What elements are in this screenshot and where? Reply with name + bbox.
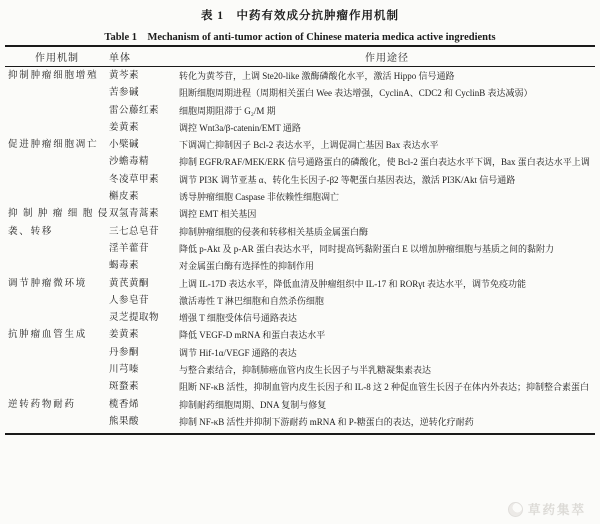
group-rows: 黄芩素转化为黄芩苷，上调 Ste20-like 激酶磷酸化水平，激活 Hippo… [109, 68, 595, 137]
mechanism-label: 调节肿瘤微环境 [5, 276, 109, 293]
monomer-cell: 黄芪黄酮 [109, 276, 179, 293]
data-table: 作用机制 单体 作用途径 抑制肿瘤细胞增殖黄芩素转化为黄芩苷，上调 Ste20-… [5, 45, 595, 435]
pathway-cell: 阻断 NF-κB 活性，抑制血管内皮生长因子和 IL-8 这 2 种促血管生长因… [179, 379, 595, 396]
monomer-cell: 丹参酮 [109, 345, 179, 362]
table-row: 黄芩素转化为黄芩苷，上调 Ste20-like 激酶磷酸化水平，激活 Hippo… [109, 68, 595, 85]
monomer-cell: 斑蝥素 [109, 379, 179, 396]
table-group: 促进肿瘤细胞凋亡小檗碱下调凋亡抑制因子 Bcl-2 表达水平，上调促凋亡基因 B… [5, 137, 595, 206]
monomer-cell: 沙蟾毒精 [109, 154, 179, 171]
pathway-cell: 调节 PI3K 调节亚基 α、转化生长因子-β2 等靶蛋白基因表达，激活 PI3… [179, 172, 595, 189]
pathway-cell: 转化为黄芩苷，上调 Ste20-like 激酶磷酸化水平，激活 Hippo 信号… [179, 68, 595, 85]
pathway-cell: 细胞周期阻滞于 G₂/M 期 [179, 103, 595, 120]
pathway-cell: 降低 VEGF-D mRNA 和蛋白表达水平 [179, 327, 595, 344]
pathway-cell: 上调 IL-17D 表达水平，降低血清及肿瘤组织中 IL-17 和 RORγt … [179, 276, 595, 293]
monomer-cell: 黄芩素 [109, 68, 179, 85]
pathway-cell: 抑制耐药细胞周期、DNA 复制与修复 [179, 397, 595, 414]
monomer-cell: 灵芝提取物 [109, 310, 179, 327]
table-row: 雷公藤红素细胞周期阻滞于 G₂/M 期 [109, 103, 595, 120]
monomer-cell: 淫羊藿苷 [109, 241, 179, 258]
pathway-cell: 增强 T 细胞受体信号通路表达 [179, 310, 595, 327]
table-row: 姜黄素调控 Wnt3a/β-catenin/EMT 通路 [109, 120, 595, 137]
table-row: 淫羊藿苷降低 p-Akt 及 p-AR 蛋白表达水平，同时提高钙黏附蛋白 E 以… [109, 241, 595, 258]
pathway-cell: 调控 Wnt3a/β-catenin/EMT 通路 [179, 120, 595, 137]
pathway-cell: 抑制肿瘤细胞的侵袭和转移相关基质金属蛋白酶 [179, 224, 595, 241]
pathway-cell: 激活毒性 T 淋巴细胞和自然杀伤细胞 [179, 293, 595, 310]
mechanism-label: 逆转药物耐药 [5, 397, 109, 414]
table-row: 蝎毒素对金属蛋白酶有选择性的抑制作用 [109, 258, 595, 275]
monomer-cell: 姜黄素 [109, 327, 179, 344]
mechanism-label: 抑制肿瘤细胞增殖 [5, 68, 109, 85]
monomer-cell: 川芎嗪 [109, 362, 179, 379]
watermark-logo-icon [508, 502, 523, 517]
header-pathway: 作用途径 [179, 49, 595, 64]
monomer-cell: 榄香烯 [109, 397, 179, 414]
table-title-zh: 表 1 中药有效成分抗肿瘤作用机制 [0, 0, 600, 23]
mechanism-label: 抑制肿瘤细胞侵袭、转移 [5, 206, 109, 241]
monomer-cell: 冬凌草甲素 [109, 172, 179, 189]
table-row: 榄香烯抑制耐药细胞周期、DNA 复制与修复 [109, 397, 595, 414]
header-monomer: 单体 [109, 49, 179, 64]
pathway-cell: 调节 Hif-1α/VEGF 通路的表达 [179, 345, 595, 362]
table-header-row: 作用机制 单体 作用途径 [5, 47, 595, 67]
table-row: 双氢青蒿素调控 EMT 相关基因 [109, 206, 595, 223]
table-body: 抑制肿瘤细胞增殖黄芩素转化为黄芩苷，上调 Ste20-like 激酶磷酸化水平，… [5, 67, 595, 433]
pathway-cell: 调控 EMT 相关基因 [179, 206, 595, 223]
monomer-cell: 雷公藤红素 [109, 103, 179, 120]
table-row: 丹参酮调节 Hif-1α/VEGF 通路的表达 [109, 345, 595, 362]
table-row: 人参皂苷激活毒性 T 淋巴细胞和自然杀伤细胞 [109, 293, 595, 310]
pathway-cell: 诱导肿瘤细胞 Caspase 非依赖性细胞凋亡 [179, 189, 595, 206]
group-rows: 榄香烯抑制耐药细胞周期、DNA 复制与修复熊果酸抑制 NF-κB 活性并抑制下游… [109, 397, 595, 432]
table-group: 抗肿瘤血管生成姜黄素降低 VEGF-D mRNA 和蛋白表达水平丹参酮调节 Hi… [5, 327, 595, 396]
group-rows: 小檗碱下调凋亡抑制因子 Bcl-2 表达水平，上调促凋亡基因 Bax 表达水平沙… [109, 137, 595, 206]
pathway-cell: 下调凋亡抑制因子 Bcl-2 表达水平，上调促凋亡基因 Bax 表达水平 [179, 137, 595, 154]
table-row: 小檗碱下调凋亡抑制因子 Bcl-2 表达水平，上调促凋亡基因 Bax 表达水平 [109, 137, 595, 154]
monomer-cell: 苦参碱 [109, 85, 179, 102]
watermark-label: 草药集萃 [528, 500, 586, 518]
monomer-cell: 人参皂苷 [109, 293, 179, 310]
monomer-cell: 三七总皂苷 [109, 224, 179, 241]
table-row: 黄芪黄酮上调 IL-17D 表达水平，降低血清及肿瘤组织中 IL-17 和 RO… [109, 276, 595, 293]
table-row: 斑蝥素阻断 NF-κB 活性，抑制血管内皮生长因子和 IL-8 这 2 种促血管… [109, 379, 595, 396]
table-group: 抑制肿瘤细胞增殖黄芩素转化为黄芩苷，上调 Ste20-like 激酶磷酸化水平，… [5, 68, 595, 137]
table-row: 苦参碱阻断细胞周期进程（周期相关蛋白 Wee 表达增强，CyclinA、CDC2… [109, 85, 595, 102]
table-row: 沙蟾毒精抑制 EGFR/RAF/MEK/ERK 信号通路蛋白的磷酸化，使 Bcl… [109, 154, 595, 171]
table-row: 冬凌草甲素调节 PI3K 调节亚基 α、转化生长因子-β2 等靶蛋白基因表达，激… [109, 172, 595, 189]
monomer-cell: 蝎毒素 [109, 258, 179, 275]
pathway-cell: 降低 p-Akt 及 p-AR 蛋白表达水平，同时提高钙黏附蛋白 E 以增加肿瘤… [179, 241, 595, 258]
monomer-cell: 双氢青蒿素 [109, 206, 179, 223]
monomer-cell: 小檗碱 [109, 137, 179, 154]
table-row: 熊果酸抑制 NF-κB 活性并抑制下游耐药 mRNA 和 P-糖蛋白的表达，逆转… [109, 414, 595, 431]
table-title-en: Table 1 Mechanism of anti-tumor action o… [0, 29, 600, 44]
table-row: 槲皮素诱导肿瘤细胞 Caspase 非依赖性细胞凋亡 [109, 189, 595, 206]
monomer-cell: 槲皮素 [109, 189, 179, 206]
table-group: 调节肿瘤微环境黄芪黄酮上调 IL-17D 表达水平，降低血清及肿瘤组织中 IL-… [5, 276, 595, 328]
watermark: 草药集萃 [508, 500, 586, 518]
table-row: 姜黄素降低 VEGF-D mRNA 和蛋白表达水平 [109, 327, 595, 344]
header-mechanism: 作用机制 [5, 49, 109, 64]
pathway-cell: 抑制 NF-κB 活性并抑制下游耐药 mRNA 和 P-糖蛋白的表达，逆转化疗耐… [179, 414, 595, 431]
group-rows: 姜黄素降低 VEGF-D mRNA 和蛋白表达水平丹参酮调节 Hif-1α/VE… [109, 327, 595, 396]
document-page: 表 1 中药有效成分抗肿瘤作用机制 Table 1 Mechanism of a… [0, 0, 600, 524]
pathway-cell: 对金属蛋白酶有选择性的抑制作用 [179, 258, 595, 275]
table-row: 灵芝提取物增强 T 细胞受体信号通路表达 [109, 310, 595, 327]
group-rows: 双氢青蒿素调控 EMT 相关基因三七总皂苷抑制肿瘤细胞的侵袭和转移相关基质金属蛋… [109, 206, 595, 275]
monomer-cell: 姜黄素 [109, 120, 179, 137]
table-group: 逆转药物耐药榄香烯抑制耐药细胞周期、DNA 复制与修复熊果酸抑制 NF-κB 活… [5, 397, 595, 432]
table-row: 三七总皂苷抑制肿瘤细胞的侵袭和转移相关基质金属蛋白酶 [109, 224, 595, 241]
group-rows: 黄芪黄酮上调 IL-17D 表达水平，降低血清及肿瘤组织中 IL-17 和 RO… [109, 276, 595, 328]
pathway-cell: 与整合素结合，抑制肺癌血管内皮生长因子与半乳糖凝集素表达 [179, 362, 595, 379]
table-row: 川芎嗪与整合素结合，抑制肺癌血管内皮生长因子与半乳糖凝集素表达 [109, 362, 595, 379]
pathway-cell: 抑制 EGFR/RAF/MEK/ERK 信号通路蛋白的磷酸化，使 Bcl-2 蛋… [179, 154, 595, 171]
mechanism-label: 抗肿瘤血管生成 [5, 327, 109, 344]
monomer-cell: 熊果酸 [109, 414, 179, 431]
mechanism-label: 促进肿瘤细胞凋亡 [5, 137, 109, 154]
pathway-cell: 阻断细胞周期进程（周期相关蛋白 Wee 表达增强，CyclinA、CDC2 和 … [179, 85, 595, 102]
table-group: 抑制肿瘤细胞侵袭、转移双氢青蒿素调控 EMT 相关基因三七总皂苷抑制肿瘤细胞的侵… [5, 206, 595, 275]
